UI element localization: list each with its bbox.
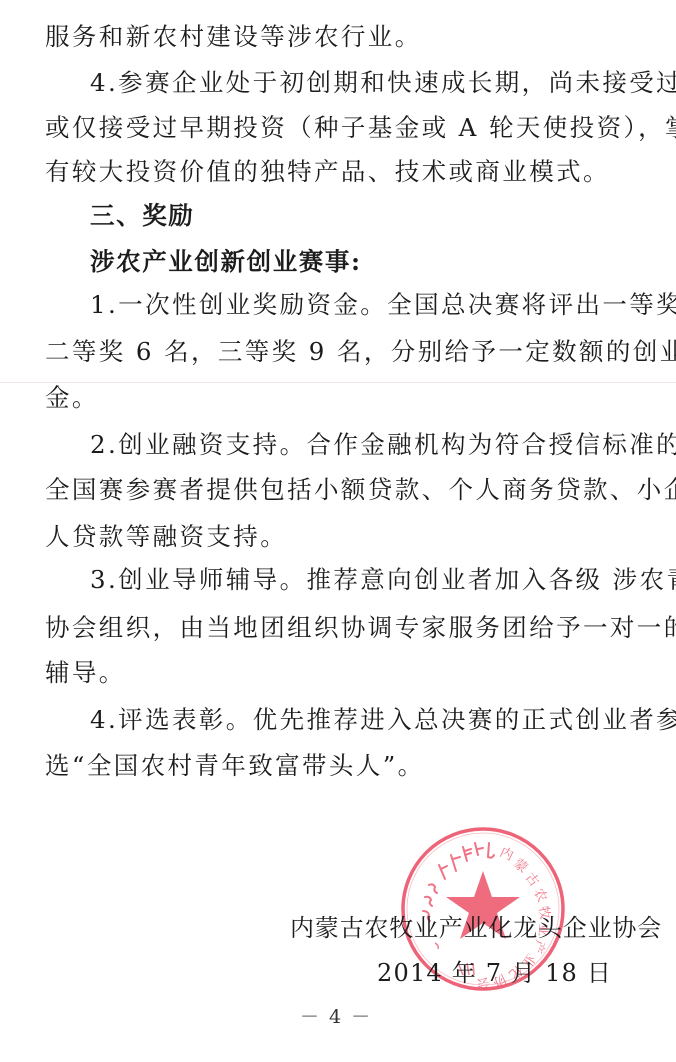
text-line: 2.创业融资支持。合作金融机构为符合授信标准的入围 bbox=[90, 430, 676, 460]
text-line: 二等奖 6 名，三等奖 9 名，分别给予一定数额的创业奖励资 bbox=[45, 337, 645, 367]
signature-date: 2014 年 7 月 18 日 bbox=[377, 958, 612, 988]
text-line: 协会组织，由当地团组织协调专家服务团给予一对一的创业 bbox=[45, 613, 645, 643]
text-line: 选“全国农村青年致富带头人”。 bbox=[45, 751, 645, 781]
subheading: 涉农产业创新创业赛事: bbox=[90, 247, 676, 277]
text-line: 辅导。 bbox=[45, 658, 645, 688]
text-line: 1.一次性创业奖励资金。全国总决赛将评出一等奖 3 名， bbox=[90, 290, 676, 320]
text-line: 金。 bbox=[45, 383, 645, 413]
text-line: 或仅接受过早期投资（种子基金或 A 轮天使投资），掌握具 bbox=[45, 113, 645, 143]
svg-text:蒙: 蒙 bbox=[511, 856, 531, 877]
page-number: － 4 － bbox=[300, 1005, 370, 1029]
text-line: 服务和新农村建设等涉农行业。 bbox=[45, 22, 645, 52]
text-line: 4.评选表彰。优先推荐进入总决赛的正式创业者参与评 bbox=[90, 705, 676, 735]
document-page: 服务和新农村建设等涉农行业。 4.参赛企业处于初创期和快速成长期，尚未接受过投资… bbox=[0, 0, 676, 1062]
text-line: 3.创业导师辅导。推荐意向创业者加入各级 涉农青年 bbox=[90, 565, 676, 595]
text-line: 有较大投资价值的独特产品、技术或商业模式。 bbox=[45, 157, 645, 187]
svg-text:古: 古 bbox=[522, 870, 543, 890]
svg-text:内: 内 bbox=[497, 844, 516, 864]
svg-text:农: 农 bbox=[530, 886, 549, 904]
text-line: 人贷款等融资支持。 bbox=[45, 522, 645, 552]
section-heading: 三、奖励 bbox=[90, 201, 676, 231]
signature-organization: 内蒙古农牧业产业化龙头企业协会 bbox=[290, 913, 662, 943]
text-line: 4.参赛企业处于初创期和快速成长期，尚未接受过投资 bbox=[90, 68, 676, 98]
text-line: 全国赛参赛者提供包括小额贷款、个人商务贷款、小企业法 bbox=[45, 475, 645, 505]
